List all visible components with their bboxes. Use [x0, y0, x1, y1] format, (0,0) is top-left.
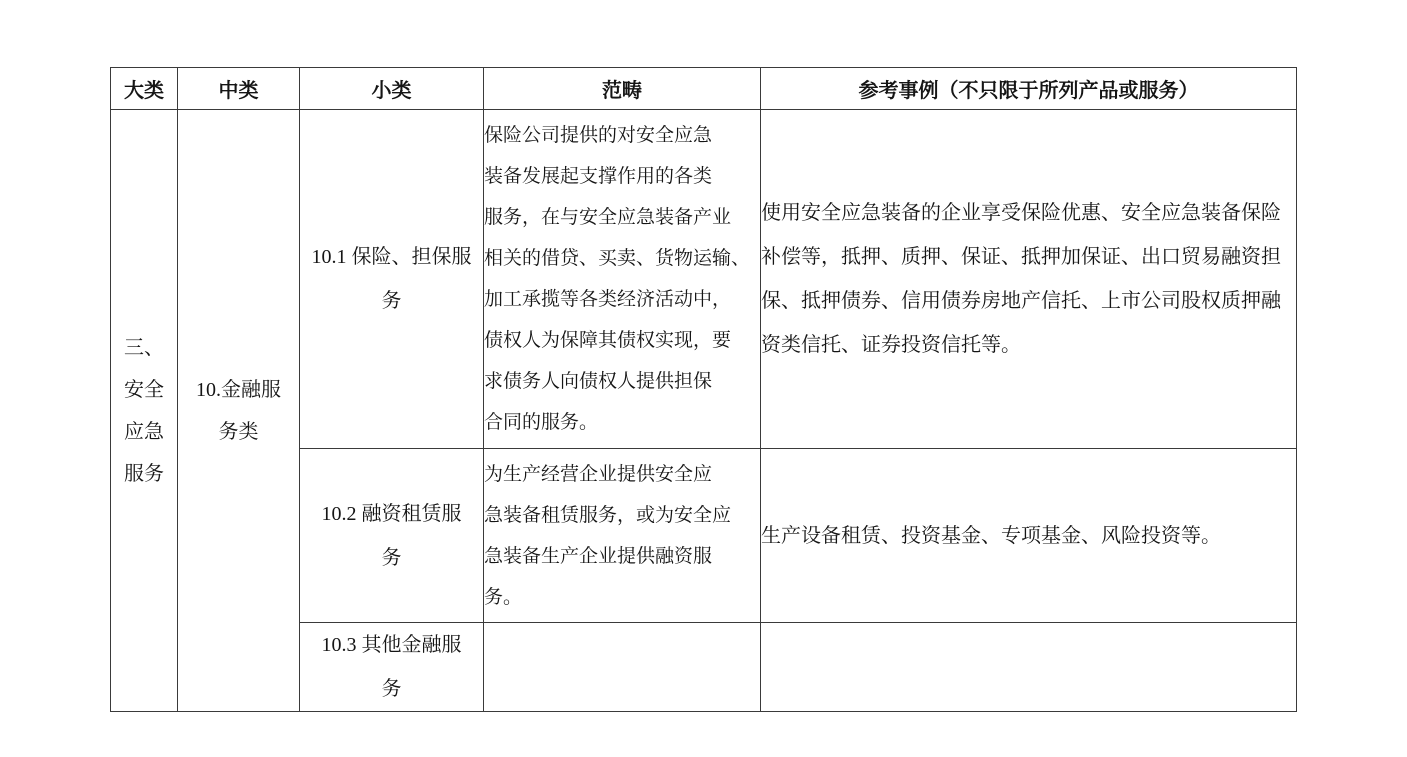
table-row-10-1: 三、 安全 应急 服务 10.金融服 务类 10.1 保险、担保服 务 保险公司…: [111, 110, 1297, 449]
major-category-cell: 三、 安全 应急 服务: [111, 110, 178, 712]
subcategory-cell-10-2: 10.2 融资租赁服 务: [300, 449, 484, 623]
scope-cell-10-3: [484, 623, 761, 712]
subcategory-cell-10-1: 10.1 保险、担保服 务: [300, 110, 484, 449]
table-header-row: 大类 中类 小类 范畴 参考事例（不只限于所列产品或服务）: [111, 68, 1297, 110]
header-scope: 范畴: [484, 68, 761, 110]
header-sub-category: 小类: [300, 68, 484, 110]
header-middle-category: 中类: [178, 68, 300, 110]
examples-cell-10-1: 使用安全应急装备的企业享受保险优惠、安全应急装备保险 补偿等，抵押、质押、保证、…: [761, 110, 1297, 449]
header-major-category: 大类: [111, 68, 178, 110]
classification-table: 大类 中类 小类 范畴 参考事例（不只限于所列产品或服务） 三、 安全 应急 服…: [110, 67, 1297, 712]
scope-cell-10-2: 为生产经营企业提供安全应 急装备租赁服务，或为安全应 急装备生产企业提供融资服 …: [484, 449, 761, 623]
middle-category-cell: 10.金融服 务类: [178, 110, 300, 712]
examples-cell-10-2: 生产设备租赁、投资基金、专项基金、风险投资等。: [761, 449, 1297, 623]
subcategory-cell-10-3: 10.3 其他金融服 务: [300, 623, 484, 712]
scope-cell-10-1: 保险公司提供的对安全应急 装备发展起支撑作用的各类 服务，在与安全应急装备产业 …: [484, 110, 761, 449]
header-examples: 参考事例（不只限于所列产品或服务）: [761, 68, 1297, 110]
document-page: 大类 中类 小类 范畴 参考事例（不只限于所列产品或服务） 三、 安全 应急 服…: [0, 0, 1407, 757]
examples-cell-10-3: [761, 623, 1297, 712]
